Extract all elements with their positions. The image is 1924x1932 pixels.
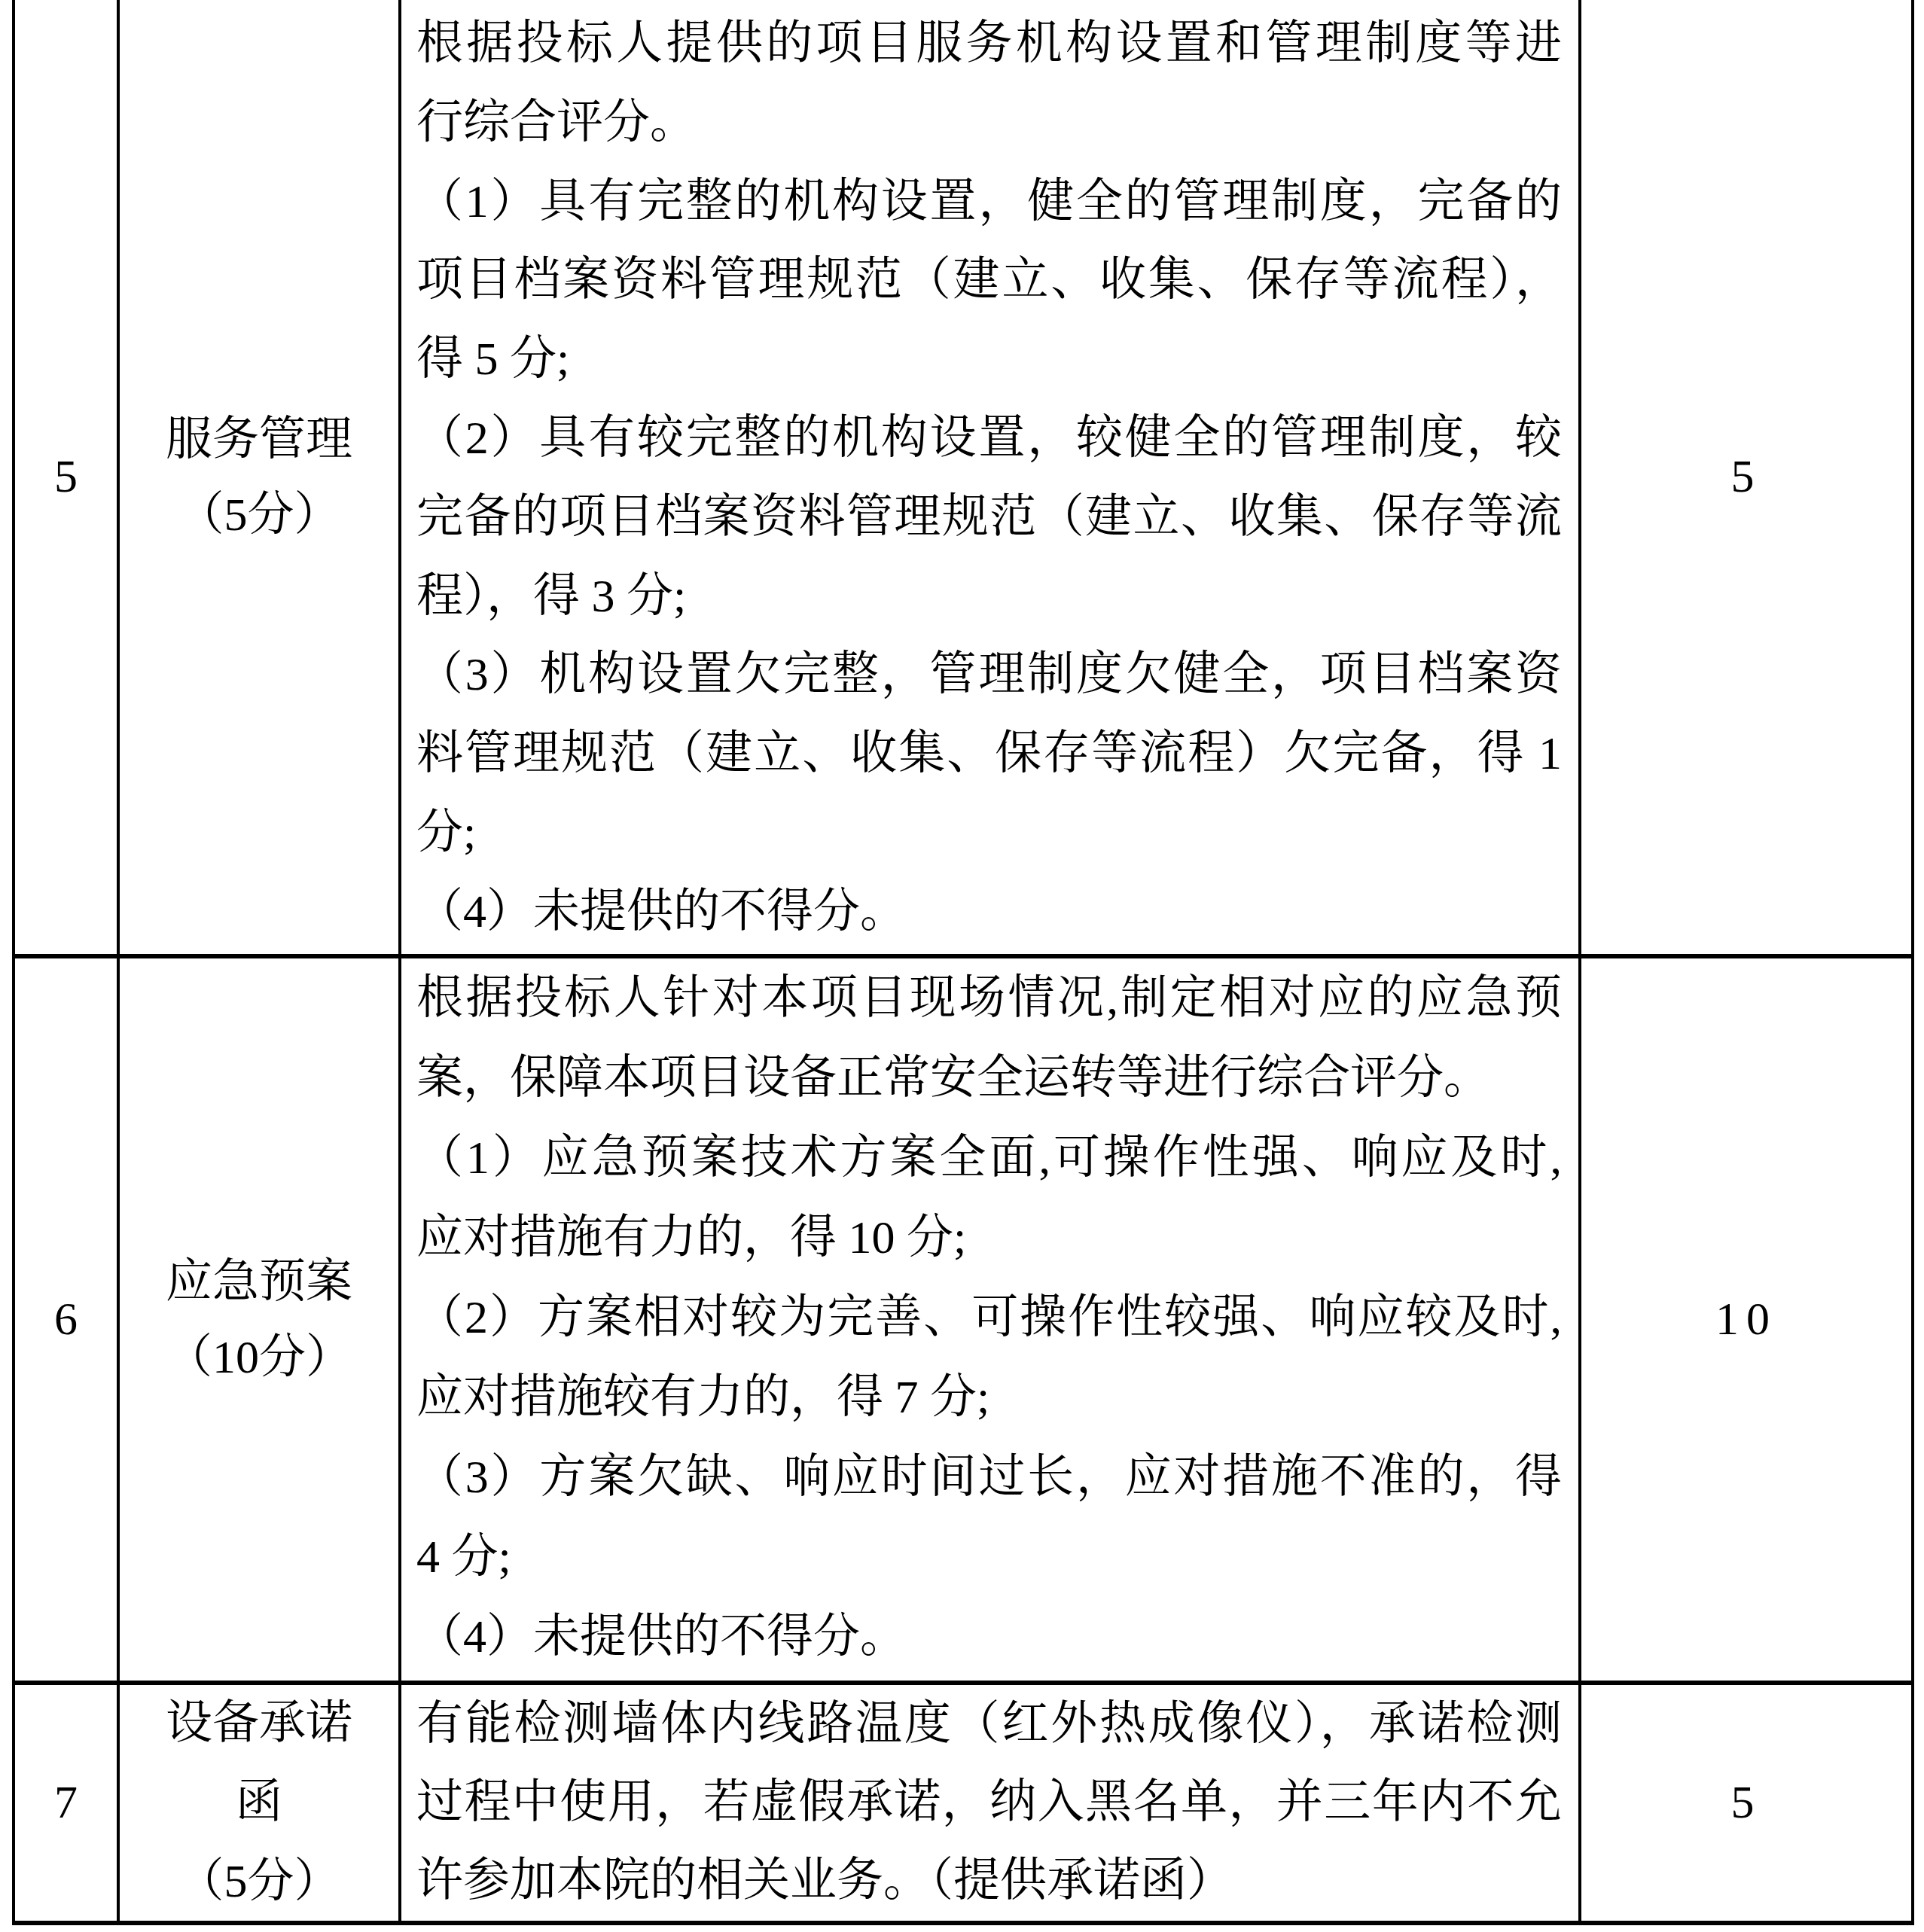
description-line: （4）未提供的不得分。 xyxy=(416,873,1562,952)
category-cell: 设备承诺函（5分） xyxy=(120,1685,398,1921)
description-line: 根据投标人提供的项目服务机构设置和管理制度等进 xyxy=(416,5,1562,84)
description-line: 料管理规范（建立、收集、保存等流程）欠完备，得 1 xyxy=(416,715,1562,794)
scoring-table-page: 5 服务管理（5分） 根据投标人提供的项目服务机构设置和管理制度等进行综合评分。… xyxy=(0,0,1924,1932)
score-cell: 10 xyxy=(1581,958,1911,1681)
category-cell: 应急预案（10分） xyxy=(120,958,398,1681)
description-line: 有能检测墙体内线路温度（红外热成像仪），承诺检测 xyxy=(416,1685,1562,1763)
description-line: （1）具有完整的机构设置，健全的管理制度，完备的 xyxy=(416,163,1562,242)
score-cell: 5 xyxy=(1581,0,1911,954)
description-line: 过程中使用，若虚假承诺，纳入黑名单，并三年内不允 xyxy=(416,1763,1562,1842)
description-line: 许参加本院的相关业务。（提供承诺函） xyxy=(416,1842,1562,1920)
description-line: （2）具有较完整的机构设置，较健全的管理制度，较 xyxy=(416,399,1562,478)
description-line: 根据投标人针对本项目现场情况,制定相对应的应急预 xyxy=(416,958,1562,1038)
row-number-cell: 7 xyxy=(15,1685,117,1921)
description-cell: 根据投标人提供的项目服务机构设置和管理制度等进行综合评分。（1）具有完整的机构设… xyxy=(401,0,1578,954)
row-number-cell: 5 xyxy=(15,0,117,954)
description-line: （2）方案相对较为完善、可操作性较强、响应较及时, xyxy=(416,1278,1562,1358)
description-line: 应对措施较有力的，得 7 分; xyxy=(416,1358,1562,1437)
description-line: （3）方案欠缺、响应时间过长，应对措施不准的，得 xyxy=(416,1437,1562,1517)
category-line: 函 xyxy=(236,1763,282,1842)
description-line: 分; xyxy=(416,794,1562,873)
category-line: （5分） xyxy=(177,1842,340,1921)
description-line: 得 5 分; xyxy=(416,320,1562,399)
description-cell: 根据投标人针对本项目现场情况,制定相对应的应急预案，保障本项目设备正常安全运转等… xyxy=(401,958,1578,1681)
table-border-right xyxy=(1911,0,1914,1925)
score-cell: 5 xyxy=(1581,1685,1911,1921)
category-line: 服务管理 xyxy=(166,402,352,477)
description-line: （1）应急预案技术方案全面,可操作性强、响应及时, xyxy=(416,1118,1562,1198)
description-line: （4）未提供的不得分。 xyxy=(416,1597,1562,1677)
description-line: 程），得 3 分; xyxy=(416,557,1562,636)
description-cell: 有能检测墙体内线路温度（红外热成像仪），承诺检测过程中使用，若虚假承诺，纳入黑名… xyxy=(401,1685,1578,1921)
category-line: 应急预案 xyxy=(166,1245,352,1320)
category-line: （10分） xyxy=(166,1320,352,1395)
category-line: 设备承诺 xyxy=(166,1684,352,1763)
description-line: 项目档案资料管理规范（建立、收集、保存等流程）， xyxy=(416,241,1562,320)
description-line: （3）机构设置欠完整，管理制度欠健全，项目档案资 xyxy=(416,635,1562,715)
description-line: 应对措施有力的，得 10 分; xyxy=(416,1198,1562,1278)
category-cell: 服务管理（5分） xyxy=(120,0,398,954)
description-line: 案，保障本项目设备正常安全运转等进行综合评分。 xyxy=(416,1038,1562,1118)
description-line: 4 分; xyxy=(416,1517,1562,1597)
description-line: 行综合评分。 xyxy=(416,84,1562,163)
category-line: （5分） xyxy=(177,477,340,553)
row-number-cell: 6 xyxy=(15,958,117,1681)
description-line: 完备的项目档案资料管理规范（建立、收集、保存等流 xyxy=(416,478,1562,557)
